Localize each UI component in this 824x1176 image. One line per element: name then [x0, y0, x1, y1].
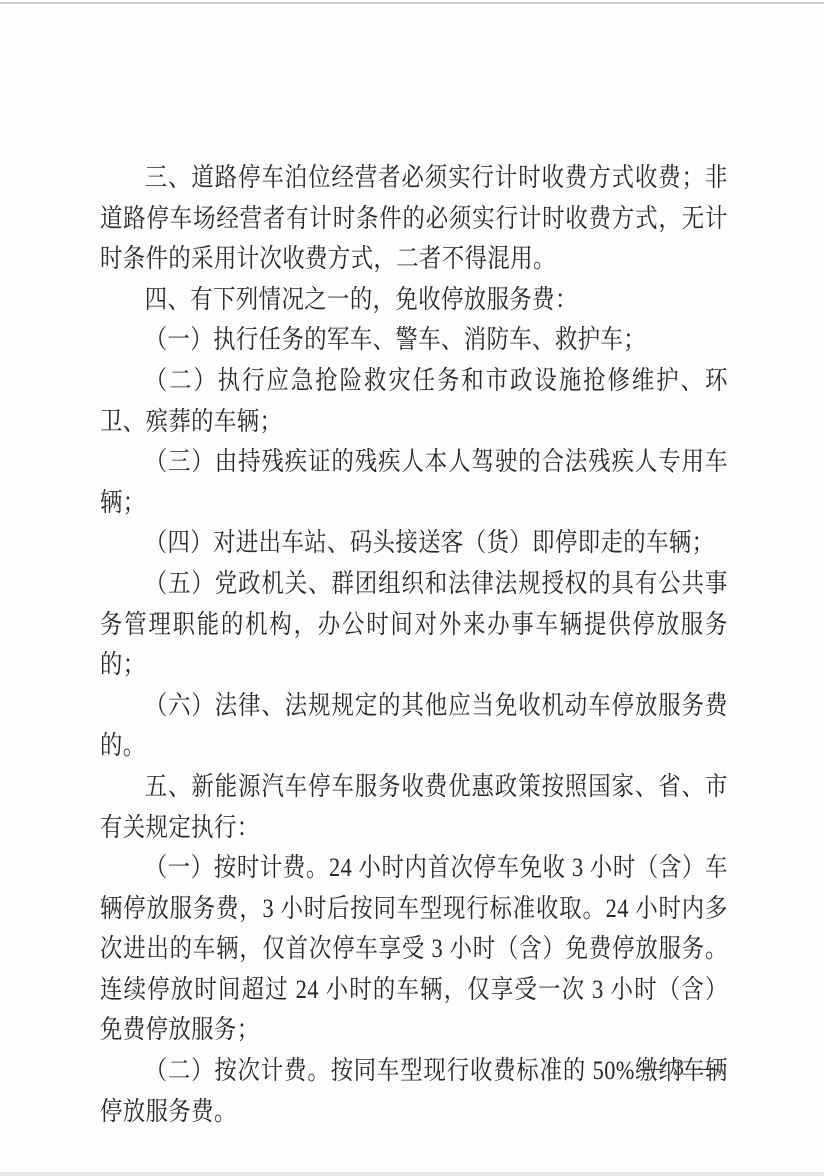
paragraph: （一）执行任务的军车、警车、消防车、救护车； [100, 320, 728, 361]
document-body: 三、道路停车泊位经营者必须实行计时收费方式收费；非道路停车场经营者有计时条件的必… [100, 158, 728, 1132]
paragraph: （五）党政机关、群团组织和法律法规授权的具有公共事务管理职能的机构，办公时间对外… [100, 564, 728, 686]
page-number: — 3 — [640, 1055, 730, 1081]
scan-edge-top [0, 2, 824, 4]
paragraph: （一）按时计费。24 小时内首次停车免收 3 小时（含）车辆停放服务费，3 小时… [100, 848, 728, 1051]
paragraph: （二）执行应急抢险救灾任务和市政设施抢修维护、环卫、殡葬的车辆； [100, 361, 728, 442]
paragraph: 五、新能源汽车停车服务收费优惠政策按照国家、省、市有关规定执行： [100, 767, 728, 848]
paragraph: （四）对进出车站、码头接送客（货）即停即走的车辆； [100, 523, 728, 564]
paragraph: 三、道路停车泊位经营者必须实行计时收费方式收费；非道路停车场经营者有计时条件的必… [100, 158, 728, 280]
paragraph: （二）按次计费。按同车型现行收费标准的 50%缴纳车辆停放服务费。 [100, 1051, 728, 1132]
paragraph: （六）法律、法规规定的其他应当免收机动车停放服务费的。 [100, 686, 728, 767]
paragraph: 四、有下列情况之一的，免收停放服务费： [100, 280, 728, 321]
paragraph: （三）由持残疾证的残疾人本人驾驶的合法残疾人专用车辆； [100, 442, 728, 523]
scan-edge-bottom [0, 1172, 824, 1176]
document-page: 三、道路停车泊位经营者必须实行计时收费方式收费；非道路停车场经营者有计时条件的必… [0, 0, 824, 1176]
